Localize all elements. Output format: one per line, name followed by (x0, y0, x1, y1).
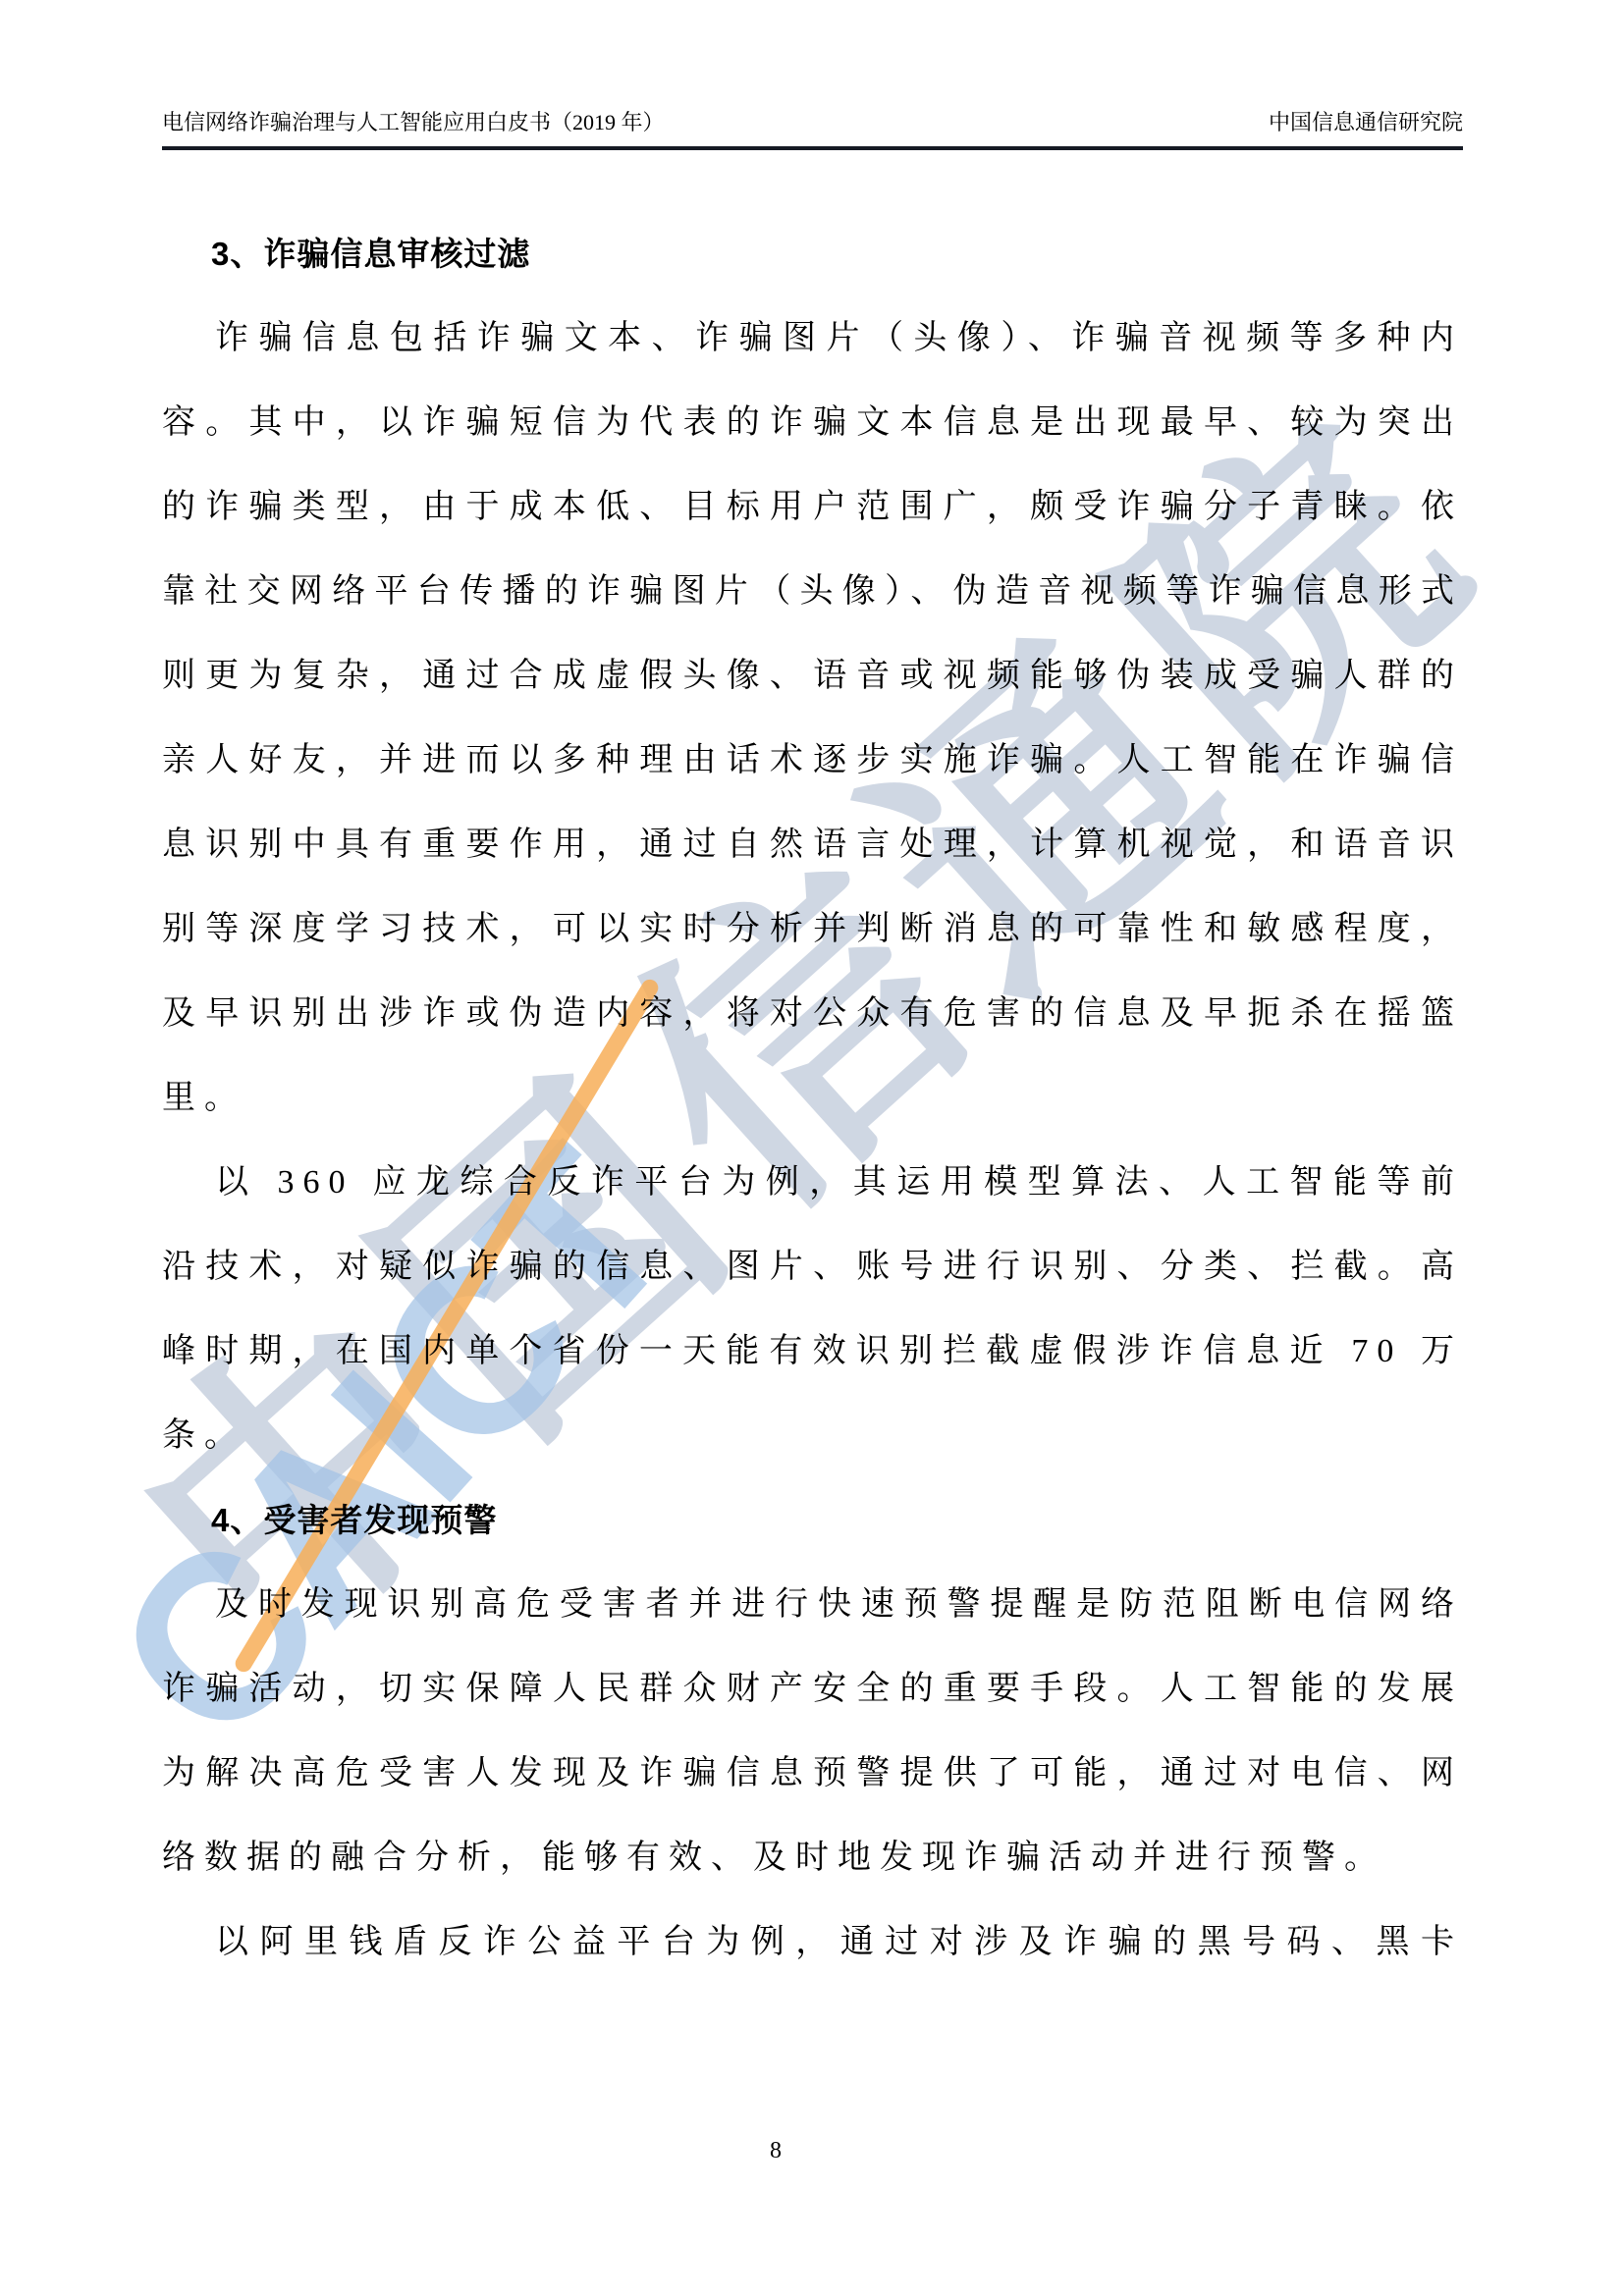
section-heading-3: 3、诈骗信息审核过滤 (162, 212, 1463, 296)
header-document-title: 电信网络诈骗治理与人工智能应用白皮书（2019 年） (162, 106, 665, 136)
page-footer: 8 (162, 2138, 1389, 2164)
document-page: 中国信通院 CAICT 电信网络诈骗治理与人工智能应用白皮书（2019 年） 中… (0, 0, 1624, 2296)
page-header: 电信网络诈骗治理与人工智能应用白皮书（2019 年） 中国信息通信研究院 (162, 106, 1463, 136)
header-organization-name: 中国信息通信研究院 (1269, 106, 1463, 136)
paragraph: 以阿里钱盾反诈公益平台为例，通过对涉及诈骗的黑号码、黑卡 (162, 1900, 1463, 1985)
header-divider-rule (162, 146, 1463, 150)
paragraph: 及时发现识别高危受害者并进行快速预警提醒是防范阻断电信网络诈骗活动，切实保障人民… (162, 1563, 1463, 1900)
page-number: 8 (770, 2138, 782, 2163)
paragraph: 诈骗信息包括诈骗文本、诈骗图片（头像）、诈骗音视频等多种内容。其中，以诈骗短信为… (162, 296, 1463, 1141)
paragraph: 以 360 应龙综合反诈平台为例，其运用模型算法、人工智能等前沿技术，对疑似诈骗… (162, 1141, 1463, 1478)
document-body: 3、诈骗信息审核过滤 诈骗信息包括诈骗文本、诈骗图片（头像）、诈骗音视频等多种内… (162, 212, 1463, 1985)
section-heading-4: 4、受害者发现预警 (162, 1478, 1463, 1563)
